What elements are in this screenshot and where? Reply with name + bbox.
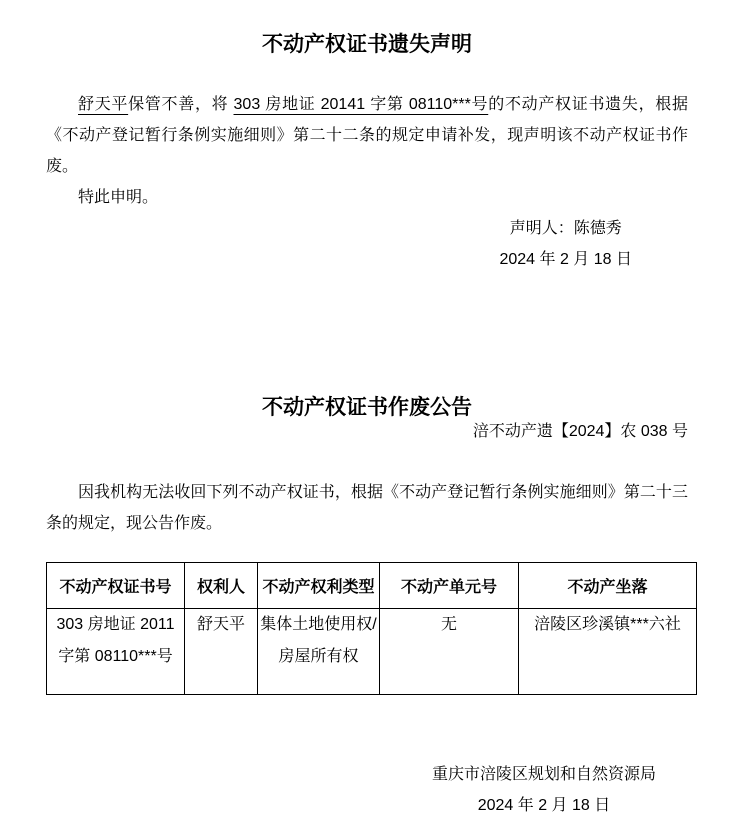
closing-line: 特此申明。 bbox=[46, 182, 688, 213]
notice-title: 不动产权证书作废公告 bbox=[46, 396, 688, 420]
notice-date: 2024 年 2 月 18 日 bbox=[432, 790, 656, 821]
declaration-paragraph: 舒天平保管不善，将 303 房地证 20141 字第 08110***号的不动产… bbox=[46, 89, 688, 182]
header-cert-number: 不动产权证书号 bbox=[47, 563, 185, 609]
owner-name-underlined: 舒天平 bbox=[78, 96, 128, 113]
certificate-number-underlined: 303 房地证 20141 字第 08110***号 bbox=[234, 96, 489, 113]
document-page: 不动产权证书遗失声明 舒天平保管不善，将 303 房地证 20141 字第 08… bbox=[0, 0, 734, 822]
issuer-signature-block: 重庆市涪陵区规划和自然资源局 2024 年 2 月 18 日 bbox=[432, 759, 656, 821]
loss-declaration-section: 不动产权证书遗失声明 舒天平保管不善，将 303 房地证 20141 字第 08… bbox=[46, 33, 688, 275]
header-location: 不动产坐落 bbox=[519, 563, 697, 609]
declaration-date: 2024 年 2 月 18 日 bbox=[499, 244, 632, 275]
declaration-signature-block: 声明人：陈德秀 2024 年 2 月 18 日 bbox=[499, 213, 632, 275]
cell-right-type: 集体土地使用权/房屋所有权 bbox=[258, 609, 380, 695]
declaration-title: 不动产权证书遗失声明 bbox=[46, 33, 688, 57]
cell-rights-holder: 舒天平 bbox=[185, 609, 258, 695]
header-unit-number: 不动产单元号 bbox=[380, 563, 519, 609]
declaration-text-mid: 保管不善，将 bbox=[128, 96, 233, 113]
header-right-type: 不动产权利类型 bbox=[258, 563, 380, 609]
cell-unit-number: 无 bbox=[380, 609, 519, 695]
issuer-name: 重庆市涪陵区规划和自然资源局 bbox=[432, 759, 656, 790]
certificates-table: 不动产权证书号 权利人 不动产权利类型 不动产单元号 不动产坐落 303 房地证… bbox=[46, 562, 697, 695]
cell-cert-number: 303 房地证 2011 字第 08110***号 bbox=[47, 609, 185, 695]
cell-location: 涪陵区珍溪镇***六社 bbox=[519, 609, 697, 695]
notice-paragraph: 因我机构无法收回下列不动产权证书，根据《不动产登记暂行条例实施细则》第二十三条的… bbox=[46, 477, 688, 539]
invalidation-notice-section: 不动产权证书作废公告 涪不动产遗【2024】农 038 号 因我机构无法收回下列… bbox=[46, 396, 688, 821]
table-row: 303 房地证 2011 字第 08110***号 舒天平 集体土地使用权/房屋… bbox=[47, 609, 697, 695]
header-rights-holder: 权利人 bbox=[185, 563, 258, 609]
table-header-row: 不动产权证书号 权利人 不动产权利类型 不动产单元号 不动产坐落 bbox=[47, 563, 697, 609]
document-number: 涪不动产遗【2024】农 038 号 bbox=[46, 420, 688, 444]
declarant-line: 声明人：陈德秀 bbox=[499, 213, 632, 244]
